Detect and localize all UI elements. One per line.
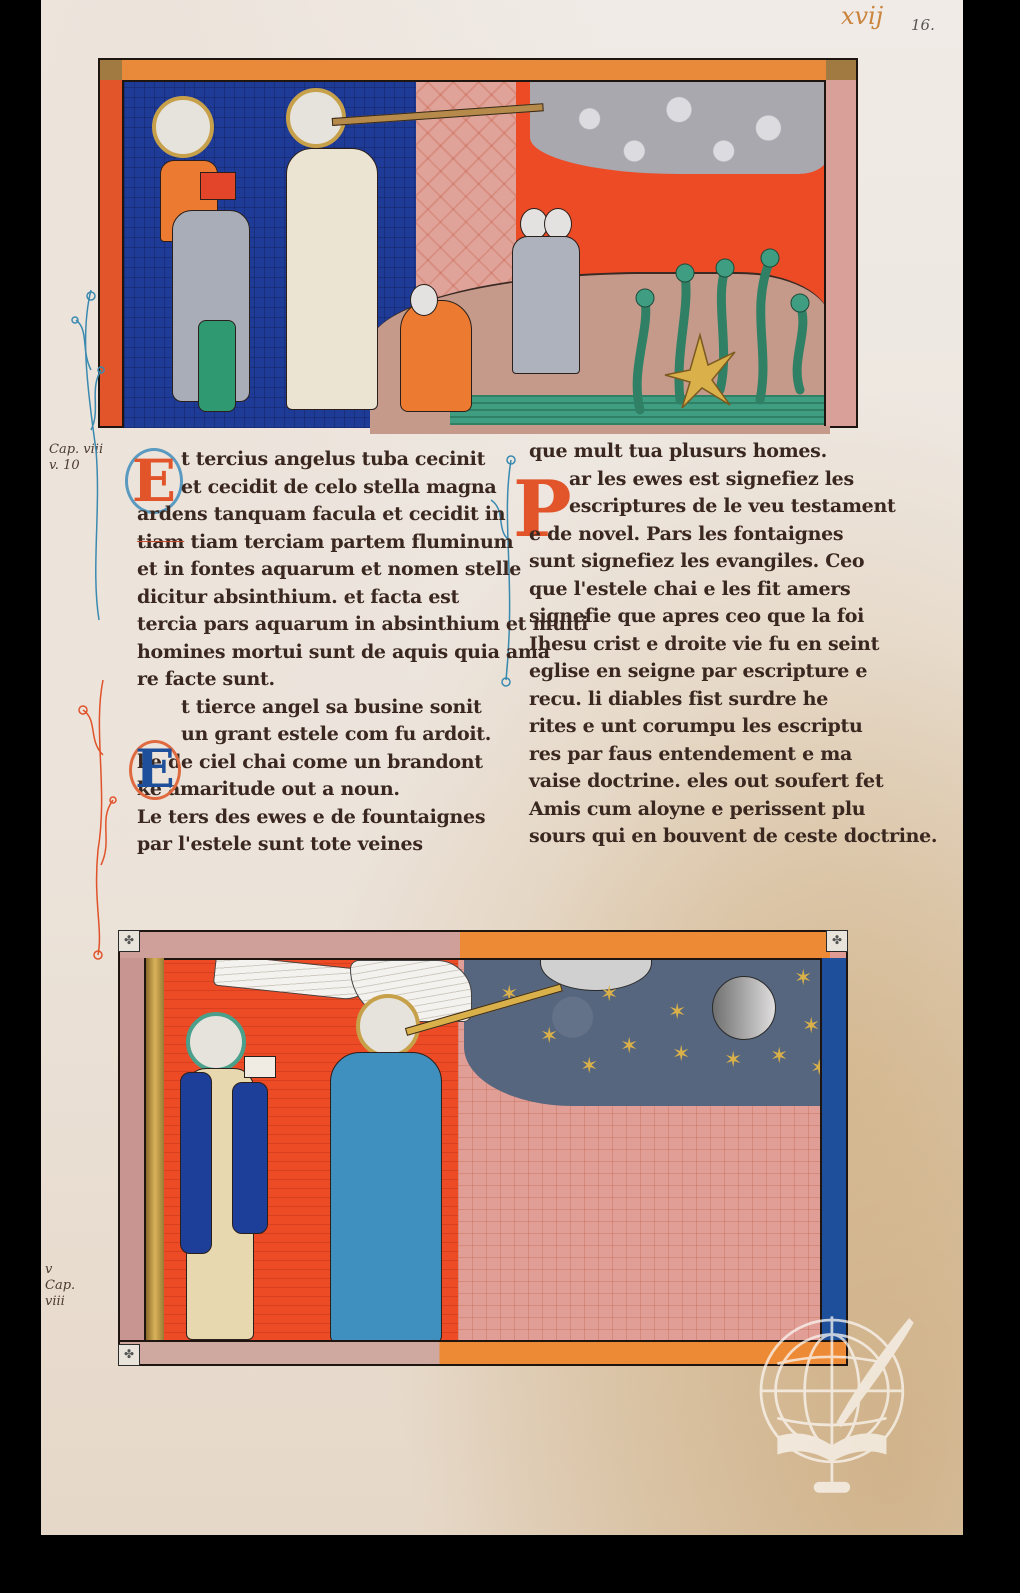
blue-penwork-flourish-icon xyxy=(61,290,111,630)
gold-bar xyxy=(146,958,164,1342)
text-line: re facte sunt. xyxy=(137,666,588,694)
miniature-top xyxy=(98,58,858,428)
folio-number: 16. xyxy=(911,16,935,34)
frame-corner-ornament-icon: ✤ xyxy=(826,930,848,952)
star-icon: ✶ xyxy=(600,984,618,1006)
frame-corner xyxy=(100,60,122,80)
halo-icon xyxy=(152,96,214,158)
text-line: que mult tua plusurs homes. xyxy=(529,438,937,466)
text-line: Amis cum aloyne e perissent plu xyxy=(529,796,937,824)
manuscript-page: xvij 16. xyxy=(41,0,963,1535)
text-line: eglise en seigne par escripture e xyxy=(529,658,937,686)
text-line: Ihesu crist e droite vie fu en seint xyxy=(529,631,937,659)
star-icon: ✶ xyxy=(580,1056,598,1078)
starry-sky xyxy=(464,958,826,1106)
star-icon: ✶ xyxy=(802,1016,820,1038)
text-line: homines mortui sunt de aquis quia ama xyxy=(137,639,588,667)
miniature-bottom: ✶ ✶ ✶ ✶ ✶ ✶ ✶ ✶ ✶ ✶ ✶ ✶ xyxy=(118,930,848,1366)
frame-top-right xyxy=(460,932,830,960)
cloud xyxy=(530,82,828,174)
frame-top-left xyxy=(120,932,460,960)
falling-star-and-fountains-icon xyxy=(620,240,820,420)
text-line: escriptures de le veu testament xyxy=(529,493,937,521)
text-line: sours qui en bouvent de ceste doctrine. xyxy=(529,823,937,851)
star-icon: ✶ xyxy=(672,1044,690,1066)
text-line: signefie que apres ceo que la foi xyxy=(529,603,937,631)
frame-corner-ornament-icon: ✤ xyxy=(118,930,140,952)
text-line: t tierce angel sa busine sonit xyxy=(137,694,588,722)
text-line: sunt signefiez les evangiles. Ceo xyxy=(529,548,937,576)
frame-top xyxy=(100,60,856,82)
text-line: res par faus entendement e ma xyxy=(529,741,937,769)
frame-left xyxy=(120,958,146,1342)
star-icon: ✶ xyxy=(620,1036,638,1058)
folio-numeral-old: xvij xyxy=(841,2,883,30)
illuminated-initial-E-blue: E xyxy=(129,740,181,800)
star-icon: ✶ xyxy=(794,968,812,990)
book-icon xyxy=(244,1056,276,1078)
text-line: recu. li diables fist surdre he xyxy=(529,686,937,714)
moon-icon xyxy=(712,976,776,1040)
star-icon: ✶ xyxy=(668,1002,686,1024)
text-column-right: que mult tua plusurs homes. ar les ewes … xyxy=(529,438,937,851)
frame-corner xyxy=(826,60,856,80)
star-icon: ✶ xyxy=(770,1046,788,1068)
text-line: ke amaritude out a noun. xyxy=(137,776,588,804)
star-icon: ✶ xyxy=(724,1050,742,1072)
margin-note-chapter-viii: v Cap. viii xyxy=(45,1262,75,1310)
text-line: e de novel. Pars les fontaignes xyxy=(529,521,937,549)
halo-icon xyxy=(186,1012,246,1072)
text-line: Le ters des ewes e de fountaignes xyxy=(137,804,588,832)
text-line: ar les ewes est signefiez les xyxy=(529,466,937,494)
red-penwork-flourish-icon xyxy=(63,680,123,960)
star-icon: ✶ xyxy=(540,1026,558,1048)
text-line: que l'estele chai e les fit amers xyxy=(529,576,937,604)
text-line: et in fontes aquarum et nomen stelle xyxy=(137,556,588,584)
frame-right xyxy=(824,80,856,426)
text-line: tercia pars aquarum in absinthium et mul… xyxy=(137,611,588,639)
struck-word: tiam xyxy=(137,531,184,553)
text-line: un grant estele com fu ardoit. xyxy=(137,721,588,749)
text-line: ke de ciel chai come un brandont xyxy=(137,749,588,777)
frame-right xyxy=(820,958,846,1342)
text-line: vaise doctrine. eles out soufert fet xyxy=(529,768,937,796)
text-line: dicitur absinthium. et facta est xyxy=(137,584,588,612)
book-icon xyxy=(200,172,236,200)
text-line: par l'estele sunt tote veines xyxy=(137,831,588,859)
text-line: rites e unt corumpu les escriptu xyxy=(529,713,937,741)
globe-open-book-quill-icon xyxy=(741,1300,941,1500)
frame-corner-ornament-icon: ✤ xyxy=(118,1344,140,1366)
frame-bottom xyxy=(120,1340,846,1364)
